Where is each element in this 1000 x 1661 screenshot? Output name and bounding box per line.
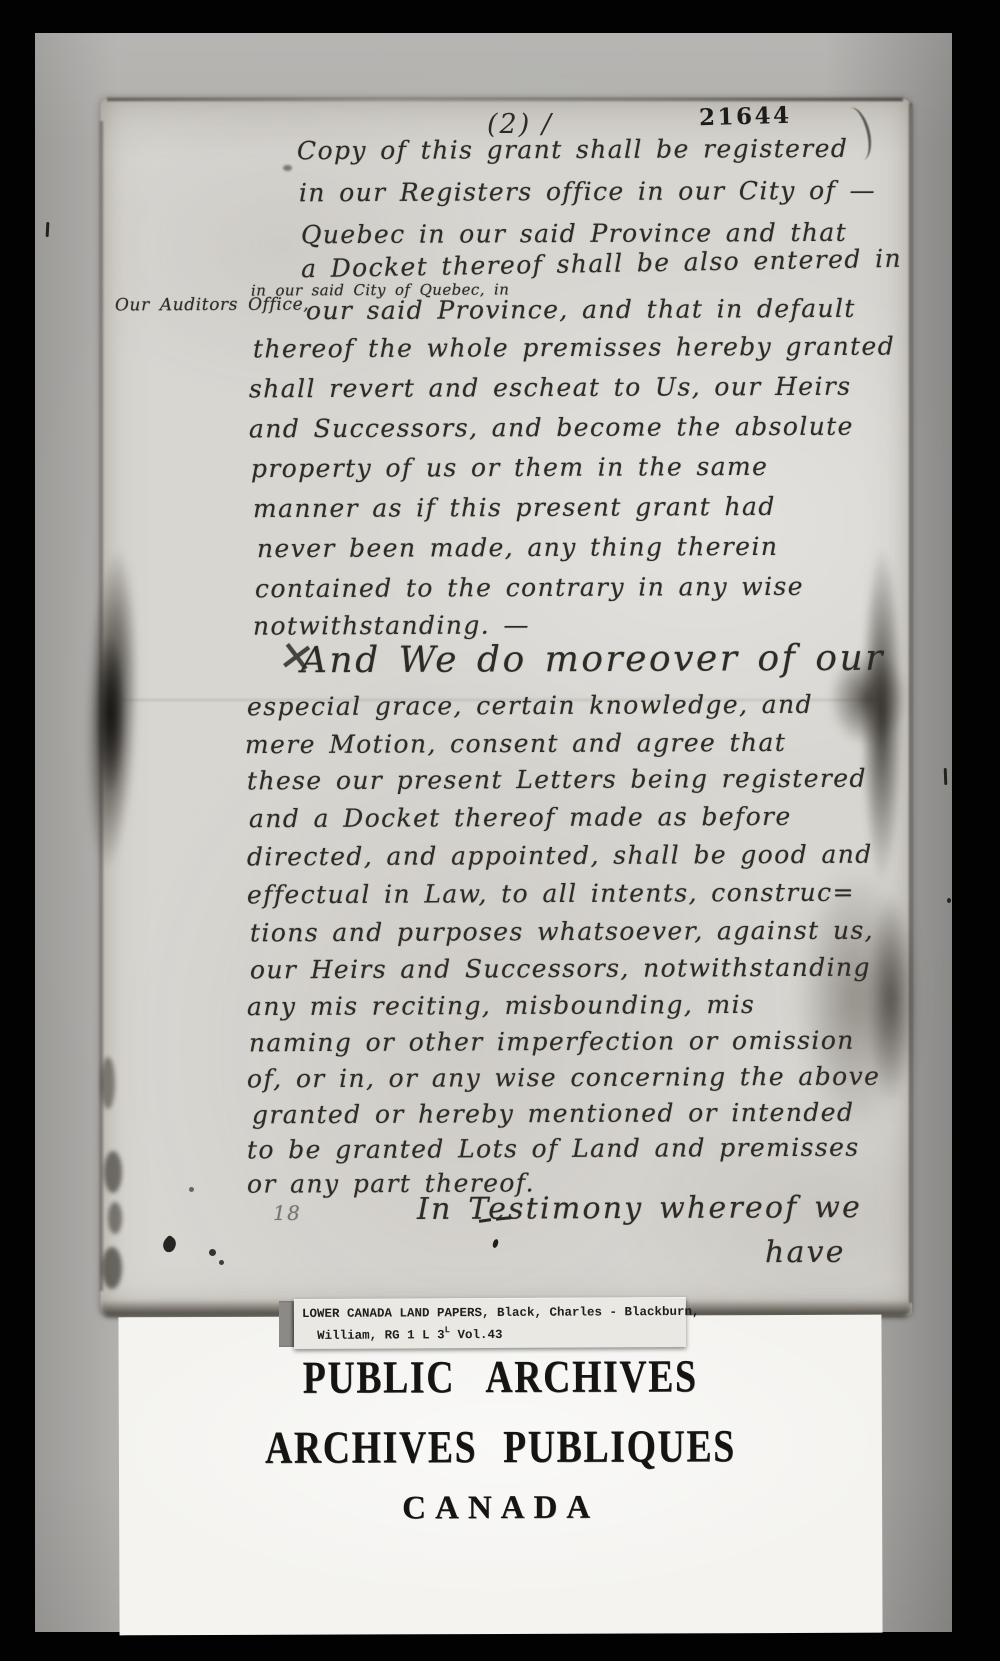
margin-note: Our Auditors Office,	[115, 295, 309, 316]
manuscript-line: a Docket thereof shall be also entered i…	[301, 244, 902, 283]
ink-stain	[95, 634, 125, 794]
archival-scan: { "document": { "stamp_number": "21644",…	[0, 0, 1000, 1661]
ink-stain	[861, 547, 903, 881]
manuscript-line: of, or in, or any wise concerning the ab…	[247, 1062, 880, 1094]
manuscript-page: 21644 (2) / Copy of this grant shall be …	[100, 98, 912, 1316]
ink-speck	[283, 165, 292, 171]
catalog-label-line1: LOWER CANADA LAND PAPERS, Black, Charles…	[302, 1304, 686, 1323]
manuscript-line: Copy of this grant shall be registered	[297, 134, 848, 165]
ink-speck	[189, 1187, 194, 1192]
manuscript-line: and a Docket thereof made as before	[249, 802, 792, 833]
manuscript-line: tions and purposes whatsoever, against u…	[250, 916, 874, 948]
card-title-english: PUBLIC ARCHIVES	[187, 1349, 813, 1404]
manuscript-line: these our present Letters being register…	[247, 764, 867, 796]
archives-card: PUBLIC ARCHIVES ARCHIVES PUBLIQUES CANAD…	[118, 1315, 882, 1636]
ink-speck	[160, 1235, 180, 1255]
manuscript-line: never been made, any thing therein	[257, 532, 778, 563]
paper-edge-top	[107, 98, 903, 101]
manuscript-line: to be granted Lots of Land and premisses	[247, 1133, 860, 1165]
card-title-french: ARCHIVES PUBLIQUES	[187, 1419, 813, 1474]
ink-stain	[104, 1151, 122, 1193]
ink-stain	[102, 1247, 122, 1289]
pencil-mark: 18	[273, 1201, 301, 1225]
manuscript-line: our Heirs and Successors, notwithstandin…	[250, 953, 871, 985]
manuscript-line: effectual in Law, to all intents, constr…	[247, 878, 855, 910]
manuscript-line: in our Registers office in our City of —	[299, 176, 876, 208]
manuscript-catchword: have	[765, 1235, 846, 1270]
ink-speck	[492, 1238, 500, 1248]
manuscript-line: directed, and appointed, shall be good a…	[247, 840, 873, 872]
catalog-label: LOWER CANADA LAND PAPERS, Black, Charles…	[294, 1297, 686, 1349]
manuscript-line: especial grace, certain knowledge, and	[247, 690, 813, 721]
catalog-label-line2: William, RG 1 L 3L Vol.43	[302, 1321, 686, 1345]
film-scratch-mark	[944, 768, 948, 785]
paper-edge-right	[909, 103, 912, 1303]
manuscript-line: thereof the whole premisses hereby grant…	[253, 332, 895, 364]
archive-number-stamp: 21644	[699, 102, 792, 131]
ink-stain	[101, 1057, 115, 1109]
label-tab	[279, 1301, 294, 1347]
ink-stain	[108, 1202, 122, 1234]
manuscript-line: property of us or them in the same	[251, 452, 768, 483]
manuscript-line: And We do moreover of our	[301, 638, 885, 682]
manuscript-line: any mis reciting, misbounding, mis	[247, 990, 755, 1021]
manuscript-line: our said Province, and that in default	[306, 294, 856, 325]
manuscript-line: naming or other imperfection or omission	[249, 1026, 855, 1058]
manuscript-line: manner as if this present grant had	[253, 492, 776, 523]
paper-edge-left	[100, 121, 103, 1291]
ink-speck	[209, 1249, 216, 1256]
film-speck	[947, 898, 951, 903]
manuscript-line: shall revert and escheat to Us, our Heir…	[249, 372, 852, 404]
manuscript-line: granted or hereby mentioned or intended	[252, 1098, 854, 1130]
manuscript-line: and Successors, and become the absolute	[249, 412, 854, 444]
ink-speck	[219, 1260, 224, 1265]
manuscript-line: mere Motion, consent and agree that	[245, 728, 786, 759]
manuscript-line: Quebec in our said Province and that	[301, 218, 847, 249]
manuscript-line: contained to the contrary in any wise	[255, 572, 804, 603]
card-country: CANADA	[119, 1489, 882, 1529]
